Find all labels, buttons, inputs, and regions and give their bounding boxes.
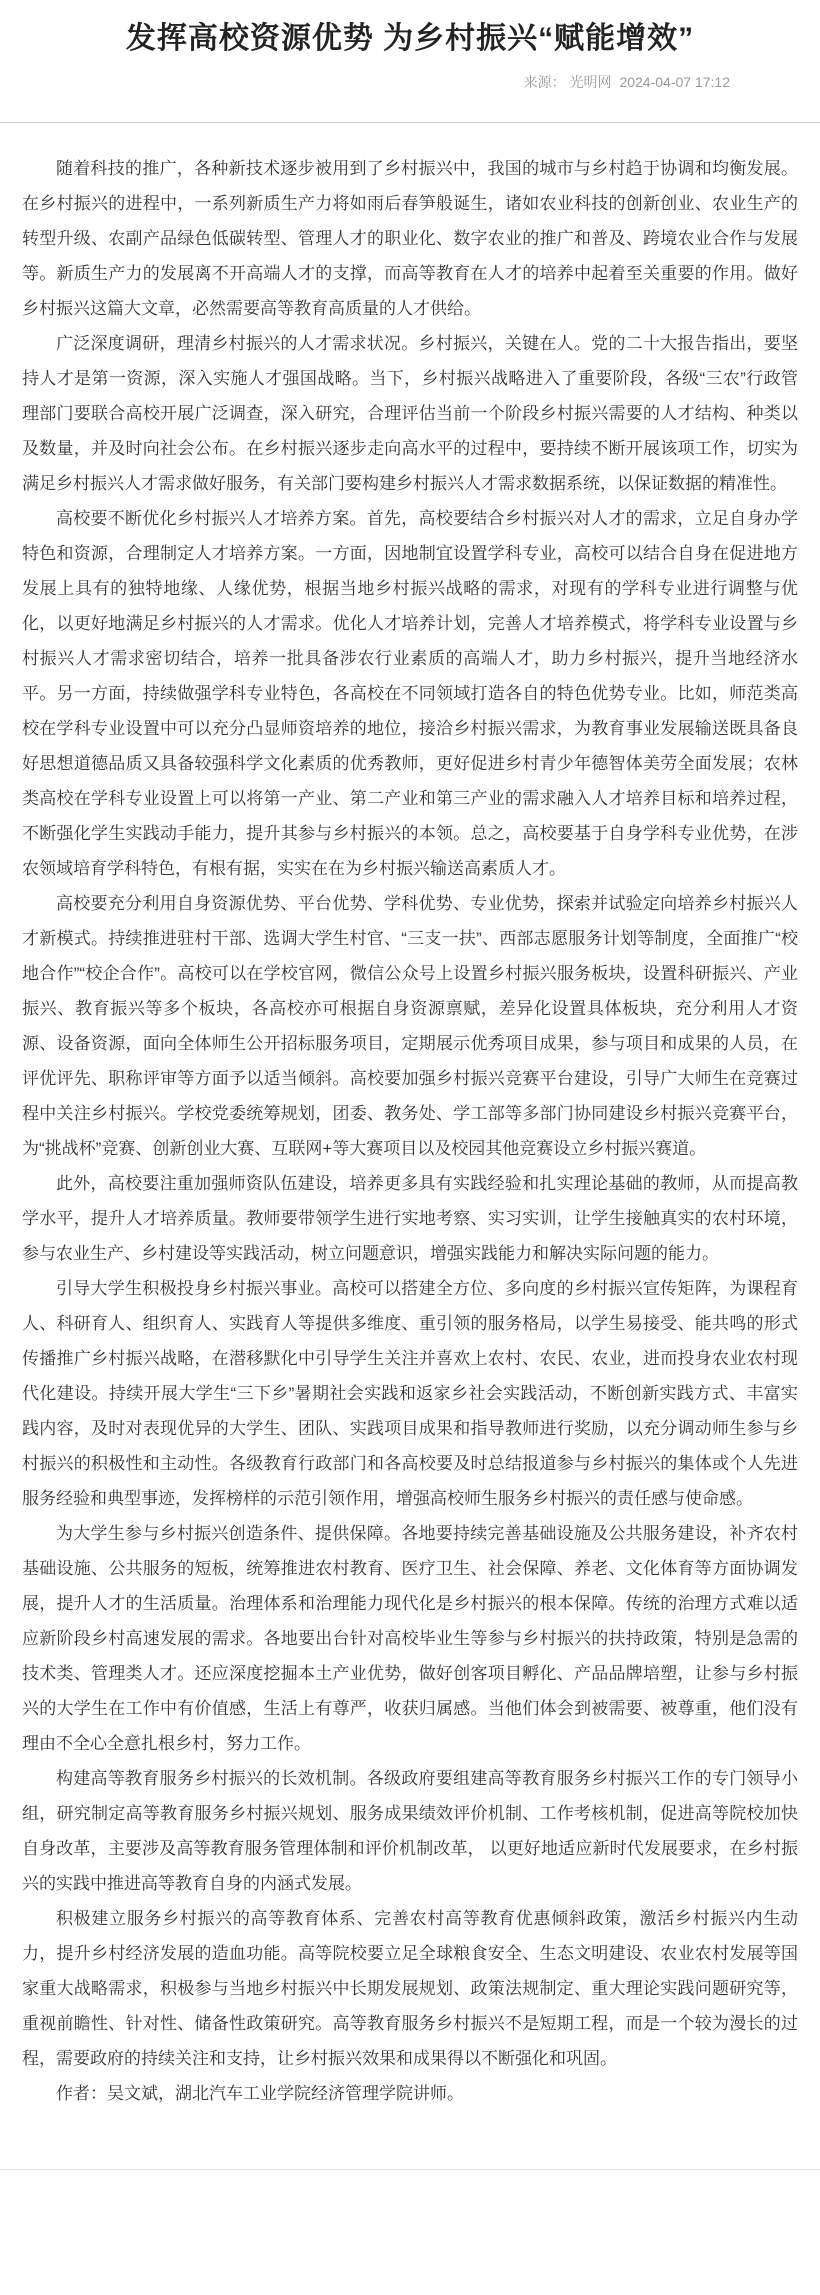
article-body: 随着科技的推广，各种新技术逐步被用到了乡村振兴中，我国的城市与乡村趋于协调和均衡…	[0, 123, 820, 2111]
paragraph: 随着科技的推广，各种新技术逐步被用到了乡村振兴中，我国的城市与乡村趋于协调和均衡…	[22, 151, 798, 326]
paragraph: 为大学生参与乡村振兴创造条件、提供保障。各地要持续完善基础设施及公共服务建设，补…	[22, 1516, 798, 1761]
article-header: 发挥高校资源优势 为乡村振兴“赋能增效” 来源：光明网 2024-04-07 1…	[0, 0, 820, 92]
paragraph: 构建高等教育服务乡村振兴的长效机制。各级政府要组建高等教育服务乡村振兴工作的专门…	[22, 1761, 798, 1901]
paragraph: 高校要充分利用自身资源优势、平台优势、学科优势、专业优势，探索并试验定向培养乡村…	[22, 886, 798, 1166]
paragraph: 此外，高校要注重加强师资队伍建设，培养更多具有实践经验和扎实理论基础的教师，从而…	[22, 1166, 798, 1271]
article-page: 发挥高校资源优势 为乡村振兴“赋能增效” 来源：光明网 2024-04-07 1…	[0, 0, 820, 2295]
page-title: 发挥高校资源优势 为乡村振兴“赋能增效”	[30, 20, 790, 58]
footer-divider	[0, 2169, 820, 2170]
author-line: 作者：吴文斌，湖北汽车工业学院经济管理学院讲师。	[22, 2076, 798, 2111]
paragraph: 广泛深度调研，理清乡村振兴的人才需求状况。乡村振兴，关键在人。党的二十大报告指出…	[22, 326, 798, 501]
paragraph: 高校要不断优化乡村振兴人才培养方案。首先，高校要结合乡村振兴对人才的需求，立足自…	[22, 501, 798, 886]
article-meta: 来源：光明网 2024-04-07 17:12	[0, 72, 820, 92]
publish-datetime: 2024-04-07 17:12	[619, 74, 730, 90]
source-label: 来源：	[524, 74, 566, 90]
paragraph: 引导大学生积极投身乡村振兴事业。高校可以搭建全方位、多向度的乡村振兴宣传矩阵，为…	[22, 1271, 798, 1516]
source-name: 光明网	[570, 74, 612, 90]
paragraph: 积极建立服务乡村振兴的高等教育体系、完善农村高等教育优惠倾斜政策，激活乡村振兴内…	[22, 1901, 798, 2076]
